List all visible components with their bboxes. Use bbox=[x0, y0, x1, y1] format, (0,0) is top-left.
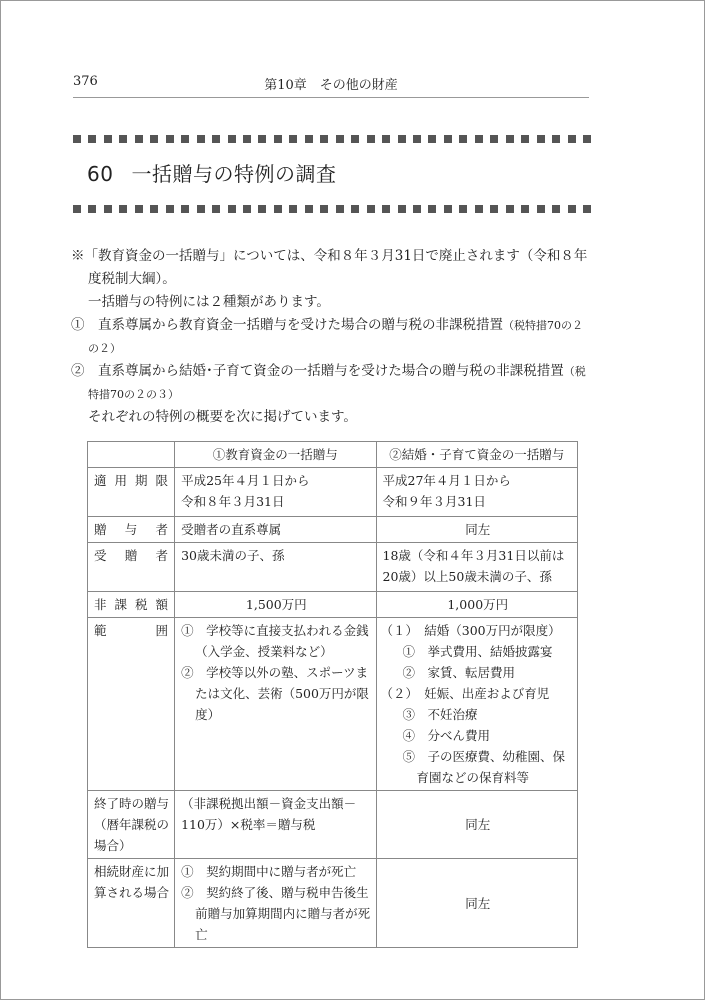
rule-square bbox=[104, 205, 112, 213]
rule-square bbox=[181, 205, 189, 213]
rule-square bbox=[537, 135, 545, 143]
rule-square bbox=[73, 205, 81, 213]
rule-square bbox=[274, 205, 282, 213]
rule-square bbox=[166, 205, 174, 213]
rule-square bbox=[150, 205, 158, 213]
table-row-period: 適用期限 平成25年４月１日から令和８年３月31日 平成27年４月１日から令和９… bbox=[88, 468, 578, 517]
rule-square bbox=[428, 135, 436, 143]
row-label-termination: 終了時の贈与（暦年課税の場合） bbox=[88, 791, 175, 859]
scope-childcare-item-5: ⑤ 子の医療費、幼稚園、保育園などの保育料等 bbox=[381, 746, 573, 788]
rule-square bbox=[336, 205, 344, 213]
rule-square bbox=[367, 135, 375, 143]
recipient-marriage: 18歳（令和４年３月31日以前は20歳）以上50歳未満の子、孫 bbox=[376, 543, 577, 592]
exempt-amount-education: 1,500万円 bbox=[175, 592, 376, 618]
rule-square bbox=[490, 135, 498, 143]
table-row-exempt-amount: 非課税額 1,500万円 1,000万円 bbox=[88, 592, 578, 618]
rule-square bbox=[552, 135, 560, 143]
period-marriage: 平成27年４月１日から令和９年３月31日 bbox=[376, 468, 577, 517]
rule-square bbox=[537, 205, 545, 213]
decorative-dotted-rule-bottom bbox=[73, 205, 591, 213]
recipient-education: 30歳未満の子、孫 bbox=[175, 543, 376, 592]
table-row-donor: 贈与者 受贈者の直系尊属 同左 bbox=[88, 517, 578, 543]
rule-square bbox=[197, 135, 205, 143]
rule-square bbox=[398, 135, 406, 143]
table-row-termination: 終了時の贈与（暦年課税の場合） （非課税拠出額－資金支出額－110万）×税率＝贈… bbox=[88, 791, 578, 859]
rule-square bbox=[490, 205, 498, 213]
rule-square bbox=[320, 135, 328, 143]
termination-marriage: 同左 bbox=[376, 791, 577, 859]
row-label-recipient: 受贈者 bbox=[88, 543, 175, 592]
row-label-donor: 贈与者 bbox=[88, 517, 175, 543]
rule-square bbox=[274, 135, 282, 143]
scope-education-item-1: ① 学校等に直接支払われる金銭（入学金、授業料など） bbox=[181, 620, 371, 662]
header-marriage-childcare: ②結婚・子育て資金の一括贈与 bbox=[376, 442, 577, 468]
rule-square bbox=[583, 135, 591, 143]
period-education: 平成25年４月１日から令和８年３月31日 bbox=[175, 468, 376, 517]
rule-square bbox=[583, 205, 591, 213]
inheritance-education: ① 契約期間中に贈与者が死亡 ② 契約終了後、贈与税申告後生前贈与加算期間内に贈… bbox=[175, 859, 376, 948]
rule-square bbox=[382, 205, 390, 213]
rule-square bbox=[506, 135, 514, 143]
rule-square bbox=[258, 205, 266, 213]
rule-square bbox=[521, 135, 529, 143]
rule-square bbox=[135, 135, 143, 143]
scope-marriage-item-1: ① 挙式費用、結婚披露宴 bbox=[381, 641, 573, 662]
rule-square bbox=[398, 205, 406, 213]
donor-education: 受贈者の直系尊属 bbox=[175, 517, 376, 543]
table-header-row: ①教育資金の一括贈与 ②結婚・子育て資金の一括贈与 bbox=[88, 442, 578, 468]
lead-paragraph: 一括贈与の特例には２種類があります。 bbox=[71, 291, 591, 314]
rule-square bbox=[475, 135, 483, 143]
header-blank bbox=[88, 442, 175, 468]
table-row-scope: 範囲 ① 学校等に直接支払われる金銭（入学金、授業料など） ② 学校等以外の塾、… bbox=[88, 618, 578, 791]
rule-square bbox=[243, 205, 251, 213]
rule-square bbox=[552, 205, 560, 213]
rule-square bbox=[568, 205, 576, 213]
rule-square bbox=[320, 205, 328, 213]
section-number: 60 bbox=[87, 162, 113, 186]
scope-marriage: （１） 結婚（300万円が限度） ① 挙式費用、結婚披露宴 ② 家賃、転居費用 … bbox=[376, 618, 577, 791]
rule-square bbox=[459, 205, 467, 213]
inheritance-item-1: ① 契約期間中に贈与者が死亡 bbox=[181, 861, 371, 882]
rule-square bbox=[444, 205, 452, 213]
rule-square bbox=[181, 135, 189, 143]
inheritance-item-2: ② 契約終了後、贈与税申告後生前贈与加算期間内に贈与者が死亡 bbox=[181, 882, 371, 945]
rule-square bbox=[88, 135, 96, 143]
rule-square bbox=[166, 135, 174, 143]
intro-text: ※「教育資金の一括贈与」については、令和８年３月31日で廃止されます（令和８年度… bbox=[71, 245, 591, 429]
rule-square bbox=[305, 135, 313, 143]
rule-square bbox=[119, 135, 127, 143]
exempt-amount-marriage: 1,000万円 bbox=[376, 592, 577, 618]
rule-square bbox=[351, 205, 359, 213]
rule-square bbox=[119, 205, 127, 213]
rule-square bbox=[243, 135, 251, 143]
rule-square bbox=[382, 135, 390, 143]
row-label-scope: 範囲 bbox=[88, 618, 175, 791]
table-row-recipient: 受贈者 30歳未満の子、孫 18歳（令和４年３月31日以前は20歳）以上50歳未… bbox=[88, 543, 578, 592]
special-case-2: ② 直系尊属から結婚･子育て資金の一括贈与を受けた場合の贈与税の非課税措置（税特… bbox=[71, 360, 591, 406]
rule-square bbox=[568, 135, 576, 143]
rule-square bbox=[289, 205, 297, 213]
scope-childcare-item-4: ④ 分べん費用 bbox=[381, 725, 573, 746]
scope-group-marriage: （１） 結婚（300万円が限度） bbox=[381, 620, 573, 641]
abolition-note: ※「教育資金の一括贈与」については、令和８年３月31日で廃止されます（令和８年度… bbox=[71, 245, 591, 291]
rule-square bbox=[305, 205, 313, 213]
scope-education: ① 学校等に直接支払われる金銭（入学金、授業料など） ② 学校等以外の塾、スポー… bbox=[175, 618, 376, 791]
rule-square bbox=[88, 205, 96, 213]
row-label-inheritance: 相続財産に加算される場合 bbox=[88, 859, 175, 948]
rule-square bbox=[521, 205, 529, 213]
rule-square bbox=[228, 205, 236, 213]
special-cases-table: ①教育資金の一括贈与 ②結婚・子育て資金の一括贈与 適用期限 平成25年４月１日… bbox=[87, 441, 578, 948]
scope-group-childcare: （２） 妊娠、出産および育児 bbox=[381, 683, 573, 704]
rule-square bbox=[336, 135, 344, 143]
rule-square bbox=[258, 135, 266, 143]
scope-education-item-2: ② 学校等以外の塾、スポーツまたは文化、芸術（500万円が限度） bbox=[181, 662, 371, 725]
rule-square bbox=[150, 135, 158, 143]
decorative-dotted-rule-top bbox=[73, 135, 591, 143]
inheritance-marriage: 同左 bbox=[376, 859, 577, 948]
row-label-exempt-amount: 非課税額 bbox=[88, 592, 175, 618]
header-education: ①教育資金の一括贈与 bbox=[175, 442, 376, 468]
rule-square bbox=[428, 205, 436, 213]
rule-square bbox=[413, 205, 421, 213]
rule-square bbox=[212, 205, 220, 213]
rule-square bbox=[289, 135, 297, 143]
section-heading: 60一括贈与の特例の調査 bbox=[87, 158, 336, 187]
closing-paragraph: それぞれの特例の概要を次に掲げています。 bbox=[71, 406, 591, 429]
rule-square bbox=[135, 205, 143, 213]
table-row-inheritance: 相続財産に加算される場合 ① 契約期間中に贈与者が死亡 ② 契約終了後、贈与税申… bbox=[88, 859, 578, 948]
donor-marriage: 同左 bbox=[376, 517, 577, 543]
rule-square bbox=[444, 135, 452, 143]
termination-education: （非課税拠出額－資金支出額－110万）×税率＝贈与税 bbox=[175, 791, 376, 859]
special-case-1: ① 直系尊属から教育資金一括贈与を受けた場合の贈与税の非課税措置（税特措70の２… bbox=[71, 314, 591, 360]
rule-square bbox=[212, 135, 220, 143]
row-label-period: 適用期限 bbox=[88, 468, 175, 517]
section-title: 一括贈与の特例の調査 bbox=[131, 162, 336, 186]
rule-square bbox=[459, 135, 467, 143]
scope-childcare-item-3: ③ 不妊治療 bbox=[381, 704, 573, 725]
rule-square bbox=[351, 135, 359, 143]
rule-square bbox=[104, 135, 112, 143]
rule-square bbox=[367, 205, 375, 213]
scope-marriage-item-2: ② 家賃、転居費用 bbox=[381, 662, 573, 683]
rule-square bbox=[413, 135, 421, 143]
running-head: 376 第10章 その他の財産 bbox=[73, 72, 589, 98]
chapter-title: 第10章 その他の財産 bbox=[73, 74, 589, 93]
rule-square bbox=[506, 205, 514, 213]
rule-square bbox=[475, 205, 483, 213]
rule-square bbox=[197, 205, 205, 213]
rule-square bbox=[228, 135, 236, 143]
rule-square bbox=[73, 135, 81, 143]
